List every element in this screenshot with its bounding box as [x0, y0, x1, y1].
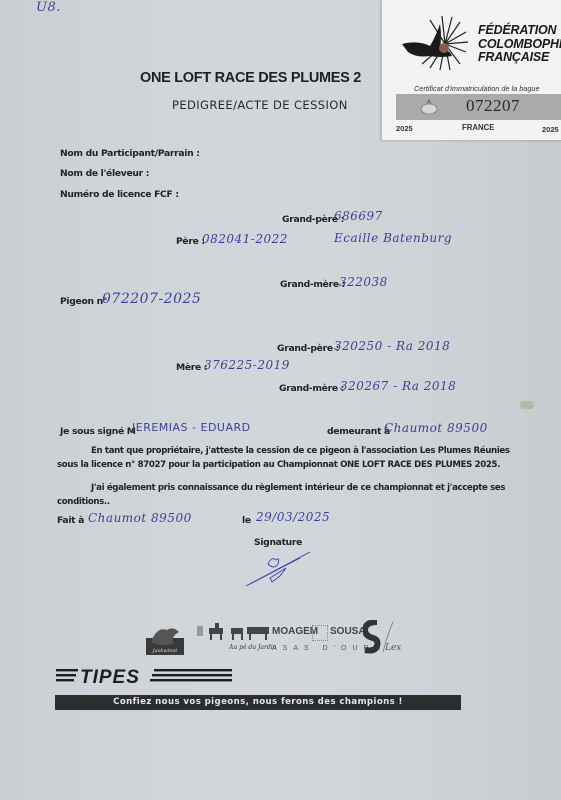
rules-line-2: conditions..: [57, 497, 110, 507]
paternal-grandfather-value: 686697: [334, 209, 383, 223]
paternal-grandmother-value: 322038: [339, 275, 388, 289]
signature-label: Signature: [254, 537, 302, 548]
father-note: Ecaille Batenburg: [334, 231, 452, 245]
participant-label: Nom du Participant/Parrain :: [60, 148, 200, 159]
corner-handwritten-mark: U8.: [36, 0, 61, 15]
rules-line-1: J'ai également pris connaissance du règl…: [91, 483, 505, 493]
paternal-grandmother-label: Grand-mère :: [280, 279, 345, 290]
sousa-logo: SOUSA: [330, 626, 366, 637]
residence-value: Chaumot 89500: [384, 421, 488, 435]
attestation-line-2: sous la licence n° 87027 pour la partici…: [57, 460, 500, 470]
pigeon-label: Pigeon n°: [60, 296, 107, 307]
maternal-grandmother-value: 320267 - Ra 2018: [340, 379, 456, 393]
residence-label: demeurant à: [327, 426, 390, 437]
country: FRANCE: [462, 123, 495, 132]
mother-label: Mère :: [176, 362, 207, 373]
paper-stain: [520, 401, 534, 409]
svg-text:TIPES: TIPES: [80, 667, 140, 687]
breeder-label: Nom de l'éleveur :: [60, 168, 149, 179]
year-right: 2025: [542, 125, 559, 134]
svg-text:Jaskwinet: Jaskwinet: [152, 648, 179, 654]
date-value: 29/03/2025: [256, 510, 330, 524]
lex-text: Lex: [384, 643, 401, 653]
signed-label: Je sous signé M: [60, 426, 136, 437]
ring-number: 072207: [466, 96, 520, 116]
mother-value: 376225-2019: [204, 358, 290, 372]
father-label: Père :: [176, 236, 205, 247]
place-label: Fait à: [57, 515, 84, 526]
pigeon-sponsor-logo: Jaskwinet: [145, 622, 185, 656]
date-label: le: [242, 515, 251, 526]
ring-registration-certificate: FÉDÉRATION COLOMBOPHILE FRANÇAISE Certif…: [381, 0, 561, 140]
federation-name: FÉDÉRATION COLOMBOPHILE FRANÇAISE: [478, 24, 561, 65]
slogan-text: Confiez nous vos pigeons, nous ferons de…: [55, 697, 461, 707]
signed-name: JEREMIAS - EDUARD: [132, 421, 251, 434]
pigeon-sunburst-icon: [400, 14, 470, 74]
moagem-emblem-icon: [312, 625, 328, 641]
signature-drawing: [240, 548, 320, 590]
tipes-logo: TIPES: [56, 665, 236, 687]
slogan-banner: Confiez nous vos pigeons, nous ferons de…: [55, 695, 461, 710]
attestation-line-1: En tant que propriétaire, j'atteste la c…: [91, 446, 510, 456]
father-value: 082041-2022: [202, 232, 288, 246]
license-label: Numéro de licence FCF :: [60, 189, 179, 200]
maternal-grandmother-label: Grand-mère :: [279, 383, 344, 394]
maternal-grandfather-label: Grand-père :: [277, 343, 339, 354]
ring-number-band: 072207: [396, 94, 561, 120]
document-subtitle: PEDIGREE/ACTE DE CESSION: [172, 98, 348, 112]
horses-caption: Au pé du Jardin: [228, 644, 277, 651]
pigeon-value: 072207-2025: [102, 291, 201, 307]
maternal-grandfather-value: 320250 - Ra 2018: [334, 339, 450, 353]
year-left: 2025: [396, 124, 413, 133]
place-value: Chaumot 89500: [88, 511, 192, 525]
document-title: ONE LOFT RACE DES PLUMES 2: [140, 70, 361, 86]
fcf-emblem-icon: [420, 99, 438, 115]
certificate-title: Certificat d'immatriculation de la bague: [414, 84, 540, 93]
s-lex-logo: Lex: [363, 620, 403, 656]
